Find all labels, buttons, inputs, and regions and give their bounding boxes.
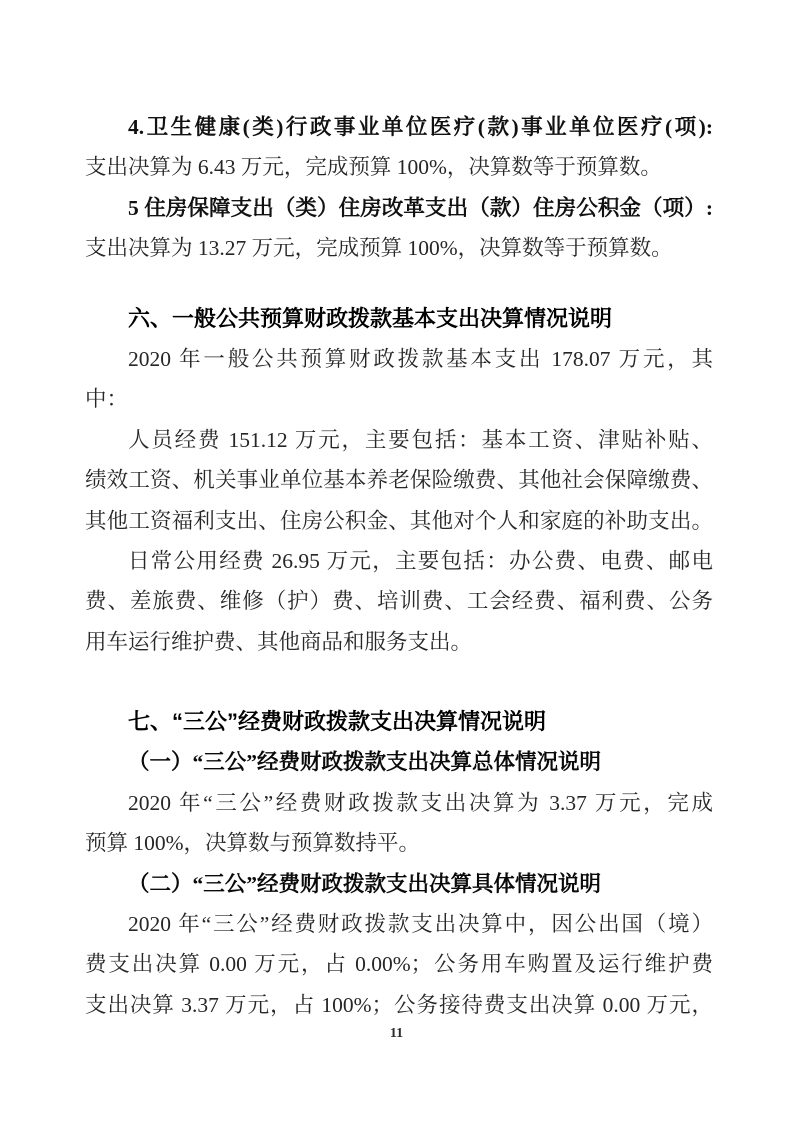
section-heading: 六、一般公共预算财政拨款基本支出决算情况说明 <box>85 299 713 339</box>
section-gap <box>85 662 713 702</box>
section-heading: 七、“三公”经费财政拨款支出决算情况说明 <box>85 702 713 742</box>
text-line: 用车运行维护费、其他商品和服务支出。 <box>85 622 713 662</box>
text-line: 预算 100%，决算数与预算数持平。 <box>85 823 713 863</box>
text-line: 2020 年“三公”经费财政拨款支出决算中，因公出国（境） <box>85 904 713 944</box>
text-line: 支出决算为 6.43 万元，完成预算 100%，决算数等于预算数。 <box>85 147 713 187</box>
text-line: 2020 年“三公”经费财政拨款支出决算为 3.37 万元，完成 <box>85 783 713 823</box>
text-line: 绩效工资、机关事业单位基本养老保险缴费、其他社会保障缴费、 <box>85 460 713 500</box>
text-line: 费、差旅费、维修（护）费、培训费、工会经费、福利费、公务 <box>85 581 713 621</box>
text-line: 日常公用经费 26.95 万元，主要包括：办公费、电费、邮电 <box>85 541 713 581</box>
item-heading-line: 5 住房保障支出（类）住房改革支出（款）住房公积金（项）: <box>85 188 713 228</box>
section-gap <box>85 269 713 299</box>
text-line: 2020 年一般公共预算财政拨款基本支出 178.07 万元，其 <box>85 339 713 379</box>
text-line: 中： <box>85 379 713 419</box>
document-body: 4.卫生健康(类)行政事业单位医疗(款)事业单位医疗(项):支出决算为 6.43… <box>85 107 713 1025</box>
document-page: 4.卫生健康(类)行政事业单位医疗(款)事业单位医疗(项):支出决算为 6.43… <box>0 0 793 1122</box>
page-number: 11 <box>0 1026 793 1042</box>
text-line: 支出决算 3.37 万元，占 100%；公务接待费支出决算 0.00 万元， <box>85 985 713 1025</box>
subsection-heading: （一）“三公”经费财政拨款支出决算总体情况说明 <box>85 742 713 782</box>
text-line: 支出决算为 13.27 万元，完成预算 100%，决算数等于预算数。 <box>85 228 713 268</box>
text-line: 人员经费 151.12 万元，主要包括：基本工资、津贴补贴、 <box>85 420 713 460</box>
subsection-heading: （二）“三公”经费财政拨款支出决算具体情况说明 <box>85 864 713 904</box>
text-line: 费支出决算 0.00 万元，占 0.00%；公务用车购置及运行维护费 <box>85 944 713 984</box>
text-line: 其他工资福利支出、住房公积金、其他对个人和家庭的补助支出。 <box>85 501 713 541</box>
item-heading-line: 4.卫生健康(类)行政事业单位医疗(款)事业单位医疗(项): <box>85 107 713 147</box>
